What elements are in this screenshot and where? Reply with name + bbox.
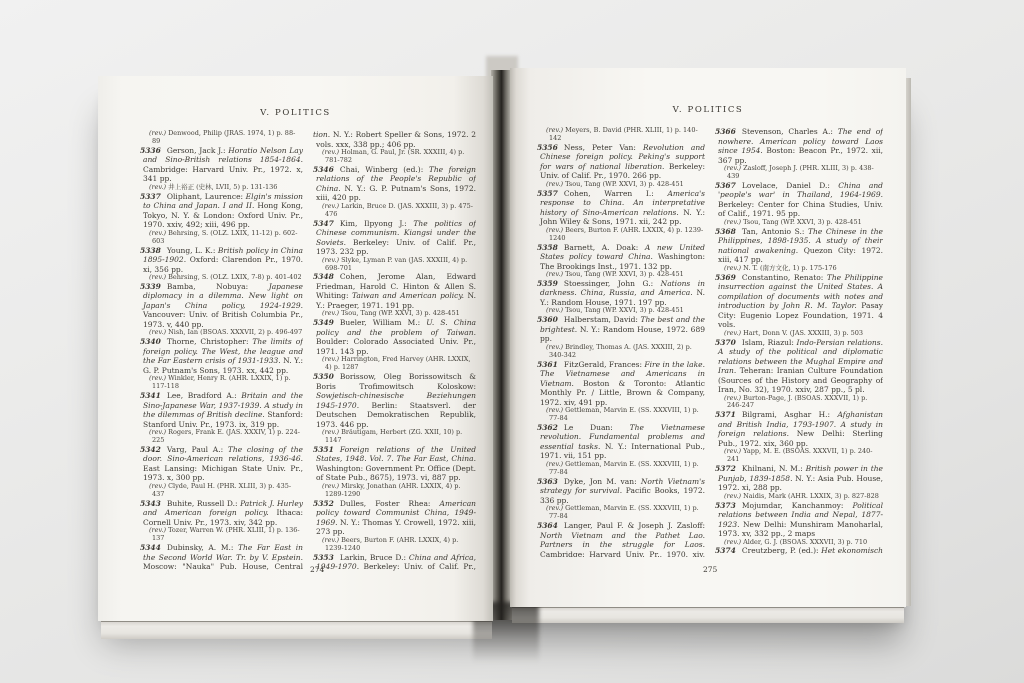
page-number: 275 [703,565,717,574]
review-line: (rev.) Naidis, Mark (AHR. LXXIX, 3) p. 8… [715,493,883,501]
review-line: (rev.) Bräutigam, Herbert (ZG. XXII, 10)… [313,429,476,445]
entry-text: 5352Dulles, Foster Rhea: American policy… [313,499,476,537]
review-line: (rev.) Denwood, Philip (JRAS. 1974, 1) p… [140,130,303,146]
entry-text: 5336Gerson, Jack J.: Horatio Nelson Lay … [140,146,303,184]
entry-text: 5349Bueler, William M.: U. S. China poli… [313,318,476,356]
entry-text: 5351Foreign relations of the United Stat… [313,445,476,483]
entry-number: 5363 [537,477,564,486]
entry-number: 5366 [715,127,742,136]
review-line: (rev.) Behrsing, S. (OLZ. LXIX, 11-12) p… [140,230,303,246]
bibliography-entry: 5348Cohen, Jerome Alan, Edward Friedman,… [313,272,476,318]
entry-text: 5369Constantino, Renato: The Philippine … [715,273,883,330]
text-column: 5366Stevenson, Charles A.: The end of no… [715,127,883,557]
bibliography-entry: 5366Stevenson, Charles A.: The end of no… [715,127,883,181]
bibliography-entry: (rev.) Meyers, B. David (PHR. XLIII, 1) … [537,127,705,143]
entry-text: 5337Oliphant, Laurence: Elgin's mission … [140,192,303,230]
review-line: (rev.) Tozer, Warren W. (PHR. XLIII, 1) … [140,527,303,543]
entry-number: 5349 [313,318,340,327]
bibliography-entry: 5352Dulles, Foster Rhea: American policy… [313,499,476,553]
bibliography-entry: 5363Dyke, Jon M. van: North Vietnam's st… [537,477,705,521]
bibliography-entry: 5350Borissow, Oleg Borissowitsch & Boris… [313,372,476,445]
review-line: (rev.) Beers, Burton F. (AHR. LXXIX, 4) … [537,227,705,243]
entry-text: 5338Young, L. K.: British policy in Chin… [140,246,303,275]
entry-text: 5350Borissow, Oleg Borissowitsch & Boris… [313,372,476,429]
review-line: (rev.) N. T. (南方文化, 1) p. 175-176 [715,265,883,273]
text-columns: (rev.) Meyers, B. David (PHR. XLIII, 1) … [537,127,906,557]
entry-number: 5356 [537,143,564,152]
entry-number: 5352 [313,499,340,508]
bibliography-entry: 5342Varg, Paul A.: The closing of the do… [140,445,303,499]
entry-text: tion. N. Y.: Robert Speller & Sons, 1972… [313,130,476,149]
review-line: (rev.) Meyers, B. David (PHR. XLIII, 1) … [537,127,705,143]
review-line: (rev.) Brindley, Thomas A. (JAS. XXXIII,… [537,344,705,360]
entry-text: 5366Stevenson, Charles A.: The end of no… [715,127,883,165]
entry-text: 5343Buhite, Russell D.: Patrick J. Hurle… [140,499,303,528]
bibliography-entry: 5371Bilgrami, Asghar H.: Afghanistan and… [715,410,883,464]
bibliography-entry: 5360Halberstam, David: The best and the … [537,315,705,359]
review-line: (rev.) Harrington, Fred Harvey (AHR. LXX… [313,356,476,372]
page-header: V. POLITICS [98,108,493,118]
entry-text: 5357Cohen, Warren I.: America's response… [537,189,705,227]
entry-number: 5368 [715,227,742,236]
entry-number: 5370 [715,338,742,347]
entry-number: 5342 [140,445,167,454]
review-line: (rev.) Winkler, Henry R. (AHR. LXXIX, 1)… [140,375,303,391]
bibliography-entry: (rev.) Denwood, Philip (JRAS. 1974, 1) p… [140,130,303,146]
review-line: (rev.) Tsou, Tang (WP. XXVI, 3) p. 428-4… [715,219,883,227]
text-column: (rev.) Denwood, Philip (JRAS. 1974, 1) p… [140,130,303,572]
bibliography-entry: 5369Constantino, Renato: The Philippine … [715,273,883,338]
bibliography-entry: 5347Kim, Ilpyong J.: The politics of Chi… [313,219,476,273]
text-column: (rev.) Meyers, B. David (PHR. XLIII, 1) … [537,127,705,557]
bibliography-entry: 5339Bamba, Nobuya: Japanese diplomacy in… [140,282,303,337]
bibliography-entry: 5358Barnett, A. Doak: A new United State… [537,243,705,279]
bibliography-entry: 5351Foreign relations of the United Stat… [313,445,476,499]
entry-number: 5344 [140,543,167,552]
bibliography-entry: tion. N. Y.: Robert Speller & Sons, 1972… [313,130,476,165]
review-line: (rev.) Tsou, Tang (WP. XXVI, 3) p. 428-4… [537,181,705,189]
review-line: (rev.) Slyke, Lyman P. van (JAS. XXXIII,… [313,257,476,273]
review-line: (rev.) Gettleman, Marvin E. (SS. XXXVIII… [537,407,705,423]
entry-number: 5348 [313,272,340,281]
entry-number: 5373 [715,501,742,510]
entry-text: 5363Dyke, Jon M. van: North Vietnam's st… [537,477,705,506]
review-line: (rev.) Gettleman, Marvin E. (SS. XXXVIII… [537,505,705,521]
bibliography-entry: 5362Le Duan: The Vietnamese revolution. … [537,423,705,477]
review-line: (rev.) Tsou, Tang (WP. XXVI, 3) p. 428-4… [313,310,476,318]
entry-text: 5353Larkin, Bruce D.: China and Africa, … [313,553,476,572]
entry-number: 5339 [140,282,167,291]
bibliography-entry: 5368Tan, Antonio S.: The Chinese in the … [715,227,883,273]
bibliography-entry: 5336Gerson, Jack J.: Horatio Nelson Lay … [140,146,303,192]
entry-number: 5369 [715,273,742,282]
entry-number: 5362 [537,423,564,432]
review-line: (rev.) Tsou, Tang (WP. XXVI, 3) p. 428-4… [537,271,705,279]
entry-number: 5359 [537,279,564,288]
entry-number: 5374 [715,546,742,555]
entry-number: 5343 [140,499,167,508]
bibliography-entry: 5344Dubinsky, A. M.: The Far East in the… [140,543,303,572]
book-page-left: V. POLITICS (rev.) Denwood, Philip (JRAS… [98,76,493,621]
entry-number: 5341 [140,391,167,400]
entry-number: 5346 [313,165,340,174]
bibliography-entry: 5364Langer, Paul F. & Joseph J. Zasloff:… [537,521,705,557]
entry-text: 5359Stoessinger, John G.: Nations in dar… [537,279,705,308]
page-stack-edge-left [101,621,492,639]
entry-text: 5360Halberstam, David: The best and the … [537,315,705,344]
bibliography-entry: 5349Bueler, William M.: U. S. China poli… [313,318,476,372]
book-gutter [491,70,512,620]
review-line: (rev.) Nish, Ian (BSOAS. XXXVII, 2) p. 4… [140,329,303,337]
bibliography-entry: 5373Mojumdar, Kanchanmoy: Political rela… [715,501,883,547]
review-line: (rev.) Zasloff, Joseph J. (PHR. XLIII, 3… [715,165,883,181]
bibliography-entry: 5340Thorne, Christopher: The limits of f… [140,337,303,391]
bibliography-entry: 5356Ness, Peter Van: Revolution and Chin… [537,143,705,189]
entry-number: 5350 [313,372,340,381]
entry-text: 5367Lovelace, Daniel D.: China and 'peop… [715,181,883,219]
bibliography-entry: 5346Chai, Winberg (ed.): The foreign rel… [313,165,476,219]
entry-number: 5347 [313,219,340,228]
review-line: (rev.) Clyde, Paul H. (PHR. XLIII, 3) p.… [140,483,303,499]
book-page-right: V. POLITICS (rev.) Meyers, B. David (PHR… [510,68,906,607]
entry-number: 5358 [537,243,564,252]
bibliography-entry: 5374Creutzberg, P. (ed.): Het ekonomisch… [715,546,883,557]
entry-text: 5361FitzGerald, Frances: Fire in the lak… [537,360,705,408]
review-line: (rev.) Gettleman, Marvin E. (SS. XXXVIII… [537,461,705,477]
page-header: V. POLITICS [510,105,906,115]
entry-number: 5337 [140,192,167,201]
bibliography-entry: 5337Oliphant, Laurence: Elgin's mission … [140,192,303,246]
entry-text: 5364Langer, Paul F. & Joseph J. Zasloff:… [537,521,705,557]
page-number: 274 [310,565,324,574]
entry-number: 5361 [537,360,564,369]
review-line: (rev.) Burton-Page, J. (BSOAS. XXXVII, 1… [715,395,883,411]
entry-text: 5340Thorne, Christopher: The limits of f… [140,337,303,375]
entry-number: 5364 [537,521,564,530]
review-line: (rev.) Alder, G. J. (BSOAS. XXXVII, 3) p… [715,539,883,547]
entry-number: 5367 [715,181,742,190]
entry-number: 5371 [715,410,742,419]
review-line: (rev.) Behrsing, S. (OLZ. LXIX, 7-8) p. … [140,274,303,282]
review-line: (rev.) Holman, G. Paul, Jr. (SR. XXXIII,… [313,149,476,165]
review-line: (rev.) Yapp, M. E. (BSOAS. XXXVII, 1) p.… [715,448,883,464]
entry-number: 5336 [140,146,167,155]
entry-text: 5374Creutzberg, P. (ed.): Het ekonomisch… [715,546,883,557]
entry-text: 5358Barnett, A. Doak: A new United State… [537,243,705,272]
entry-text: 5339Bamba, Nobuya: Japanese diplomacy in… [140,282,303,330]
review-line: (rev.) Tsou, Tang (WP. XXVI, 3) p. 428-4… [537,307,705,315]
entry-number: 5340 [140,337,167,346]
entry-text: 5362Le Duan: The Vietnamese revolution. … [537,423,705,461]
text-columns: (rev.) Denwood, Philip (JRAS. 1974, 1) p… [140,130,493,572]
entry-number: 5360 [537,315,564,324]
entry-number: 5357 [537,189,564,198]
text-column: tion. N. Y.: Robert Speller & Sons, 1972… [313,130,476,572]
bibliography-entry: 5372Khilnani, N. M.: British power in th… [715,464,883,500]
bibliography-entry: 5370Islam, Riazul: Indo-Persian relation… [715,338,883,411]
entry-text: 5348Cohen, Jerome Alan, Edward Friedman,… [313,272,476,310]
entry-text: 5344Dubinsky, A. M.: The Far East in the… [140,543,303,572]
entry-number: 5351 [313,445,340,454]
entry-text: 5342Varg, Paul A.: The closing of the do… [140,445,303,483]
bibliography-entry: 5338Young, L. K.: British policy in Chin… [140,246,303,282]
entry-text: 5372Khilnani, N. M.: British power in th… [715,464,883,493]
page-stack-edge-right [512,607,904,623]
bibliography-entry: 5357Cohen, Warren I.: America's response… [537,189,705,243]
bibliography-entry: 5353Larkin, Bruce D.: China and Africa, … [313,553,476,572]
entry-text: 5371Bilgrami, Asghar H.: Afghanistan and… [715,410,883,448]
review-line: (rev.) Beers, Burton F. (AHR. LXXIX, 4) … [313,537,476,553]
bibliography-entry: 5361FitzGerald, Frances: Fire in the lak… [537,360,705,423]
entry-text: 5373Mojumdar, Kanchanmoy: Political rela… [715,501,883,539]
entry-text: 5346Chai, Winberg (ed.): The foreign rel… [313,165,476,203]
entry-number: 5338 [140,246,167,255]
review-line: (rev.) 井上裕正 (史林, LVII, 5) p. 131-136 [140,184,303,192]
entry-number: 5353 [313,553,340,562]
entry-number: 5372 [715,464,742,473]
review-line: (rev.) Rogers, Frank E. (JAS. XXXIV, 1) … [140,429,303,445]
entry-text: 5356Ness, Peter Van: Revolution and Chin… [537,143,705,181]
review-line: (rev.) Hart, Donn V. (JAS. XXXIII, 3) p.… [715,330,883,338]
bibliography-entry: 5359Stoessinger, John G.: Nations in dar… [537,279,705,315]
entry-text: 5347Kim, Ilpyong J.: The politics of Chi… [313,219,476,257]
review-line: (rev.) Larkin, Bruce D. (JAS. XXXIII, 3)… [313,203,476,219]
entry-text: 5341Lee, Bradford A.: Britain and the Si… [140,391,303,429]
bibliography-entry: 5341Lee, Bradford A.: Britain and the Si… [140,391,303,445]
entry-text: 5370Islam, Riazul: Indo-Persian relation… [715,338,883,395]
review-line: (rev.) Mirsky, Jonathan (AHR. LXXIX, 4) … [313,483,476,499]
bibliography-entry: 5343Buhite, Russell D.: Patrick J. Hurle… [140,499,303,543]
bibliography-entry: 5367Lovelace, Daniel D.: China and 'peop… [715,181,883,227]
entry-text: 5368Tan, Antonio S.: The Chinese in the … [715,227,883,265]
